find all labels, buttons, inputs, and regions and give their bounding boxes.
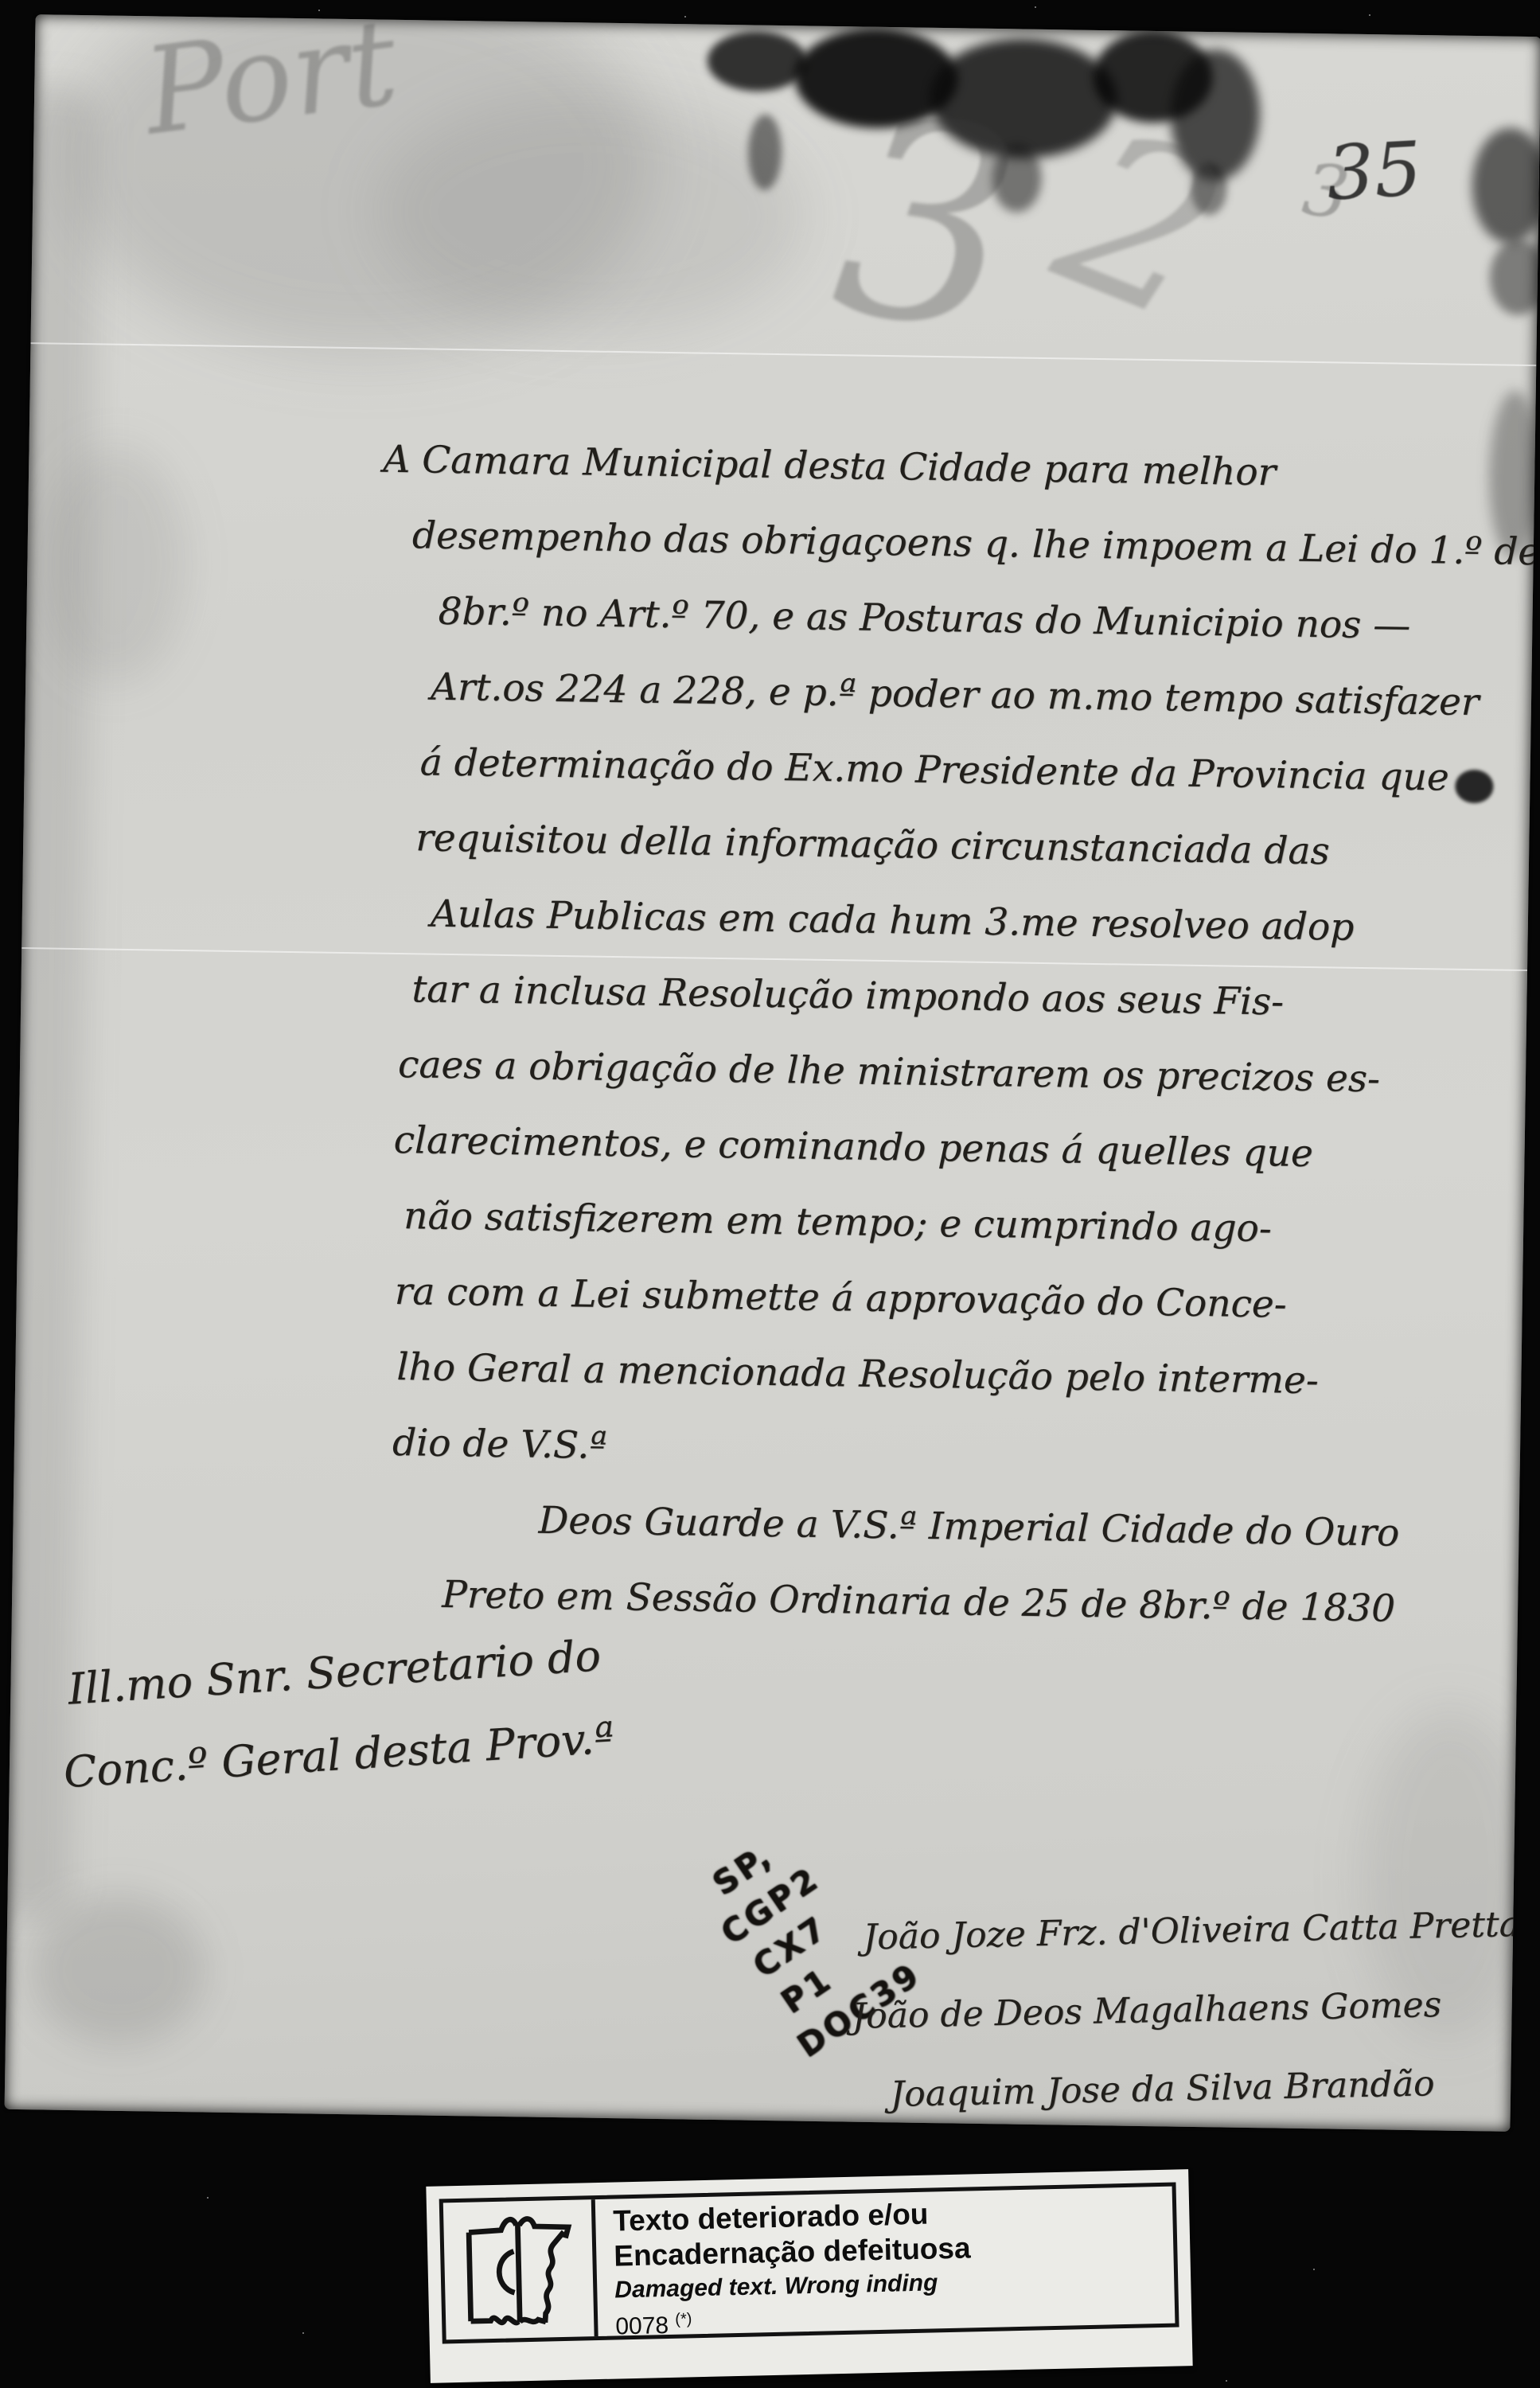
scanner-noise-dot <box>684 16 686 18</box>
page-number-annotation: 35 <box>1324 126 1424 217</box>
paper-stain <box>373 91 806 336</box>
scan-artifact-line <box>30 342 1536 366</box>
scanner-noise-dot <box>1369 14 1370 16</box>
scanner-noise-dot <box>1035 6 1036 8</box>
paper-stain <box>5 86 99 1918</box>
signature-block: João Joze Frz. d'Oliveira Catta PrettaJo… <box>836 1885 1524 2132</box>
damaged-book-icon <box>443 2199 598 2339</box>
signature-line: Joaquim Jose da Silva Brandão <box>890 2043 1524 2132</box>
ink-stain <box>1489 239 1540 315</box>
paper-stain <box>29 1893 207 2047</box>
label-code-footnote-mark: (*) <box>675 2310 692 2328</box>
pencil-scribble: 2 <box>1028 79 1257 373</box>
signature-line: João de Deos Magalhaens Gomes <box>852 1964 1522 2056</box>
scanner-noise-dot <box>318 10 320 11</box>
scanner-noise-dot <box>1313 2269 1315 2270</box>
addressee-block: Ill.mo Snr. Secretario doConc.º Geral de… <box>65 1614 617 1814</box>
pencil-scribble: Port <box>137 14 404 162</box>
document-page: Port 3 2 3 35 A Camara Municipal desta C… <box>5 14 1540 2132</box>
ink-stain <box>747 114 782 190</box>
scan-canvas: { "page": { "number_annotation": "35", "… <box>0 0 1540 2388</box>
damage-label-text: Texto deteriorado e/ou Encadernação defe… <box>595 2187 1175 2336</box>
manuscript-line: Deos Guarde a V.S.ª Imperial Cidade do O… <box>538 1483 1506 1573</box>
label-code-number: 0078 <box>615 2312 669 2340</box>
damage-label: Texto deteriorado e/ou Encadernação defe… <box>426 2169 1192 2383</box>
scanner-noise-dot <box>302 2332 304 2334</box>
signature-line: João Joze Frz. d'Oliveira Catta Pretta <box>863 1885 1521 1977</box>
damage-label-frame: Texto deteriorado e/ou Encadernação defe… <box>439 2183 1179 2344</box>
manuscript-body: A Camara Municipal desta Cidade para mel… <box>366 422 1522 1649</box>
scanner-noise-dot <box>1226 2380 1227 2382</box>
paper-stain <box>41 444 188 685</box>
ink-stain <box>1472 127 1540 244</box>
pencil-scribble: 3 <box>819 56 1035 396</box>
scanner-noise-dot <box>207 2197 209 2199</box>
ink-stain <box>707 31 807 92</box>
